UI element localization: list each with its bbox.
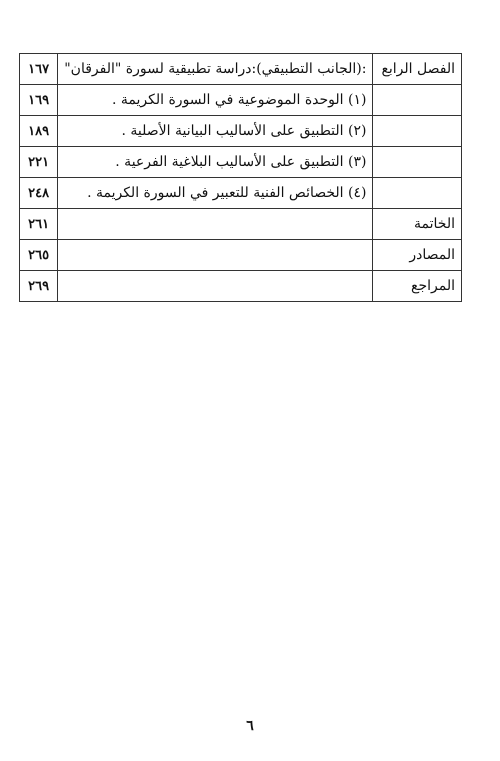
table-row: المصادر ٢٦٥ <box>20 240 462 271</box>
page-cell: ٢٦٥ <box>20 240 58 271</box>
page-cell: ١٦٧ <box>20 54 58 85</box>
page-cell: ٢٤٨ <box>20 178 58 209</box>
chapter-cell <box>373 116 462 147</box>
chapter-cell <box>373 147 462 178</box>
chapter-cell <box>373 178 462 209</box>
page-cell: ٢٦١ <box>20 209 58 240</box>
chapter-cell: المراجع <box>373 271 462 302</box>
chapter-cell <box>373 85 462 116</box>
chapter-cell: الخاتمة <box>373 209 462 240</box>
title-cell <box>58 240 373 271</box>
table-row: الفصل الرابع :(الجانب التطبيقي):دراسة تط… <box>20 54 462 85</box>
page-cell: ١٨٩ <box>20 116 58 147</box>
title-cell <box>58 271 373 302</box>
table-row: المراجع ٢٦٩ <box>20 271 462 302</box>
chapter-cell: الفصل الرابع <box>373 54 462 85</box>
title-cell: (١) الوحدة الموضوعية في السورة الكريمة . <box>58 85 373 116</box>
title-cell: (٣) التطبيق على الأساليب البلاغية الفرعي… <box>58 147 373 178</box>
page-cell: ٢٦٩ <box>20 271 58 302</box>
table-row: (٢) التطبيق على الأساليب البيانية الأصلي… <box>20 116 462 147</box>
table-of-contents: الفصل الرابع :(الجانب التطبيقي):دراسة تط… <box>19 53 462 302</box>
table-row: (٤) الخصائص الفنية للتعبير في السورة الك… <box>20 178 462 209</box>
title-cell: (٤) الخصائص الفنية للتعبير في السورة الك… <box>58 178 373 209</box>
chapter-cell: المصادر <box>373 240 462 271</box>
title-cell: :(الجانب التطبيقي):دراسة تطبيقية لسورة "… <box>58 54 373 85</box>
table-row: (١) الوحدة الموضوعية في السورة الكريمة .… <box>20 85 462 116</box>
page-cell: ٢٢١ <box>20 147 58 178</box>
title-cell <box>58 209 373 240</box>
table-row: الخاتمة ٢٦١ <box>20 209 462 240</box>
page-cell: ١٦٩ <box>20 85 58 116</box>
title-cell: (٢) التطبيق على الأساليب البيانية الأصلي… <box>58 116 373 147</box>
page-number: ٦ <box>0 718 500 734</box>
table-row: (٣) التطبيق على الأساليب البلاغية الفرعي… <box>20 147 462 178</box>
